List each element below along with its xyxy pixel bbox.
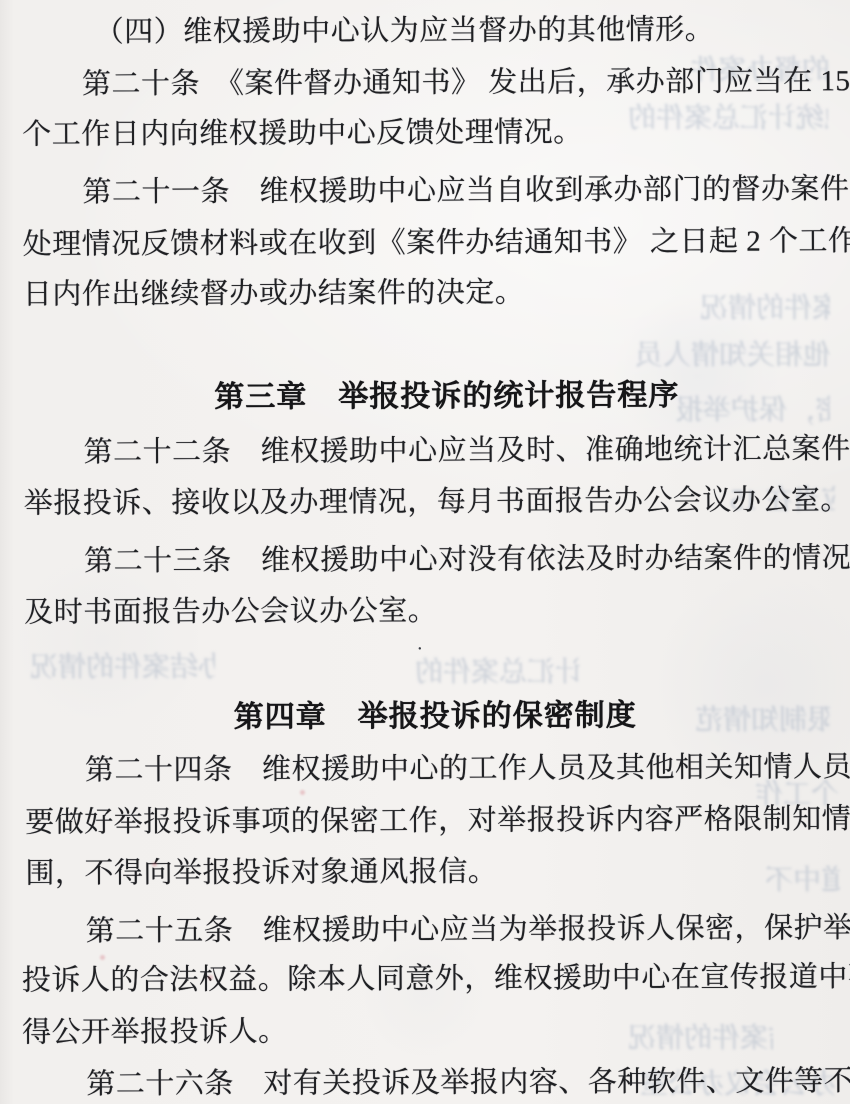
paragraph-line: 举报投诉、接收以及办理情况，每月书面报告办公会议办公室。 [24, 477, 850, 522]
article-24-line: 第二十四条 维权援助中心的工作人员及其他相关知情人员 [85, 744, 850, 788]
article-26-line: 第二十六条 对有关投诉及举报内容、各种软件、文件等不得 [86, 1058, 850, 1102]
article-20-line: 第二十条 《案件督办通知书》 发出后，承办部门应当在 15 [82, 58, 850, 102]
chapter-4-heading: 第四章 举报投诉的保密制度 [234, 690, 637, 736]
paragraph-line: （四）维权援助中心认为应当督办的其他情形。 [95, 7, 715, 51]
document-text-layer: （四）维权援助中心认为应当督办的其他情形。 第二十条 《案件督办通知书》 发出后… [0, 0, 850, 1104]
paragraph-line: 个工作日内向维权援助中心反馈处理情况。 [22, 109, 583, 152]
article-22-line: 第二十二条 维权援助中心应当及时、准确地统计汇总案件的 [83, 426, 850, 470]
paragraph-line: 投诉人的合法权益。除本人同意外，维权援助中心在宣传报道中不 [22, 954, 850, 999]
paragraph-line: 处理情况反馈材料或在收到《案件办结通知书》 之日起 2 个工作 [23, 218, 850, 263]
paragraph-line: 日内作出继续督办或办结案件的决定。 [23, 270, 525, 313]
paragraph-line: 围，不得向举报投诉对象通风报信。 [25, 849, 497, 892]
scanned-document-page: 第二十一条 维权援助中心应当自收到承办部门的督办案件 第二十二条 维权援助中心应… [0, 0, 850, 1104]
paragraph-line: 得公开举报投诉人。 [22, 1009, 288, 1051]
paragraph-line: 要做好举报投诉事项的保密工作，对举报投诉内容严格限制知情范 [25, 796, 850, 841]
article-21-line: 第二十一条 维权援助中心应当自收到承办部门的督办案件 [82, 166, 849, 210]
article-23-line: 第二十三条 维权援助中心对没有依法及时办结案件的情况， [84, 535, 850, 579]
chapter-3-heading: 第三章 举报投诉的统计报告程序 [214, 370, 679, 416]
article-25-line: 第二十五条 维权援助中心应当为举报投诉人保密，保护举报 [86, 905, 850, 949]
stray-ink-mark: · [416, 638, 423, 661]
paragraph-line: 及时书面报告办公会议办公室。 [24, 588, 437, 631]
